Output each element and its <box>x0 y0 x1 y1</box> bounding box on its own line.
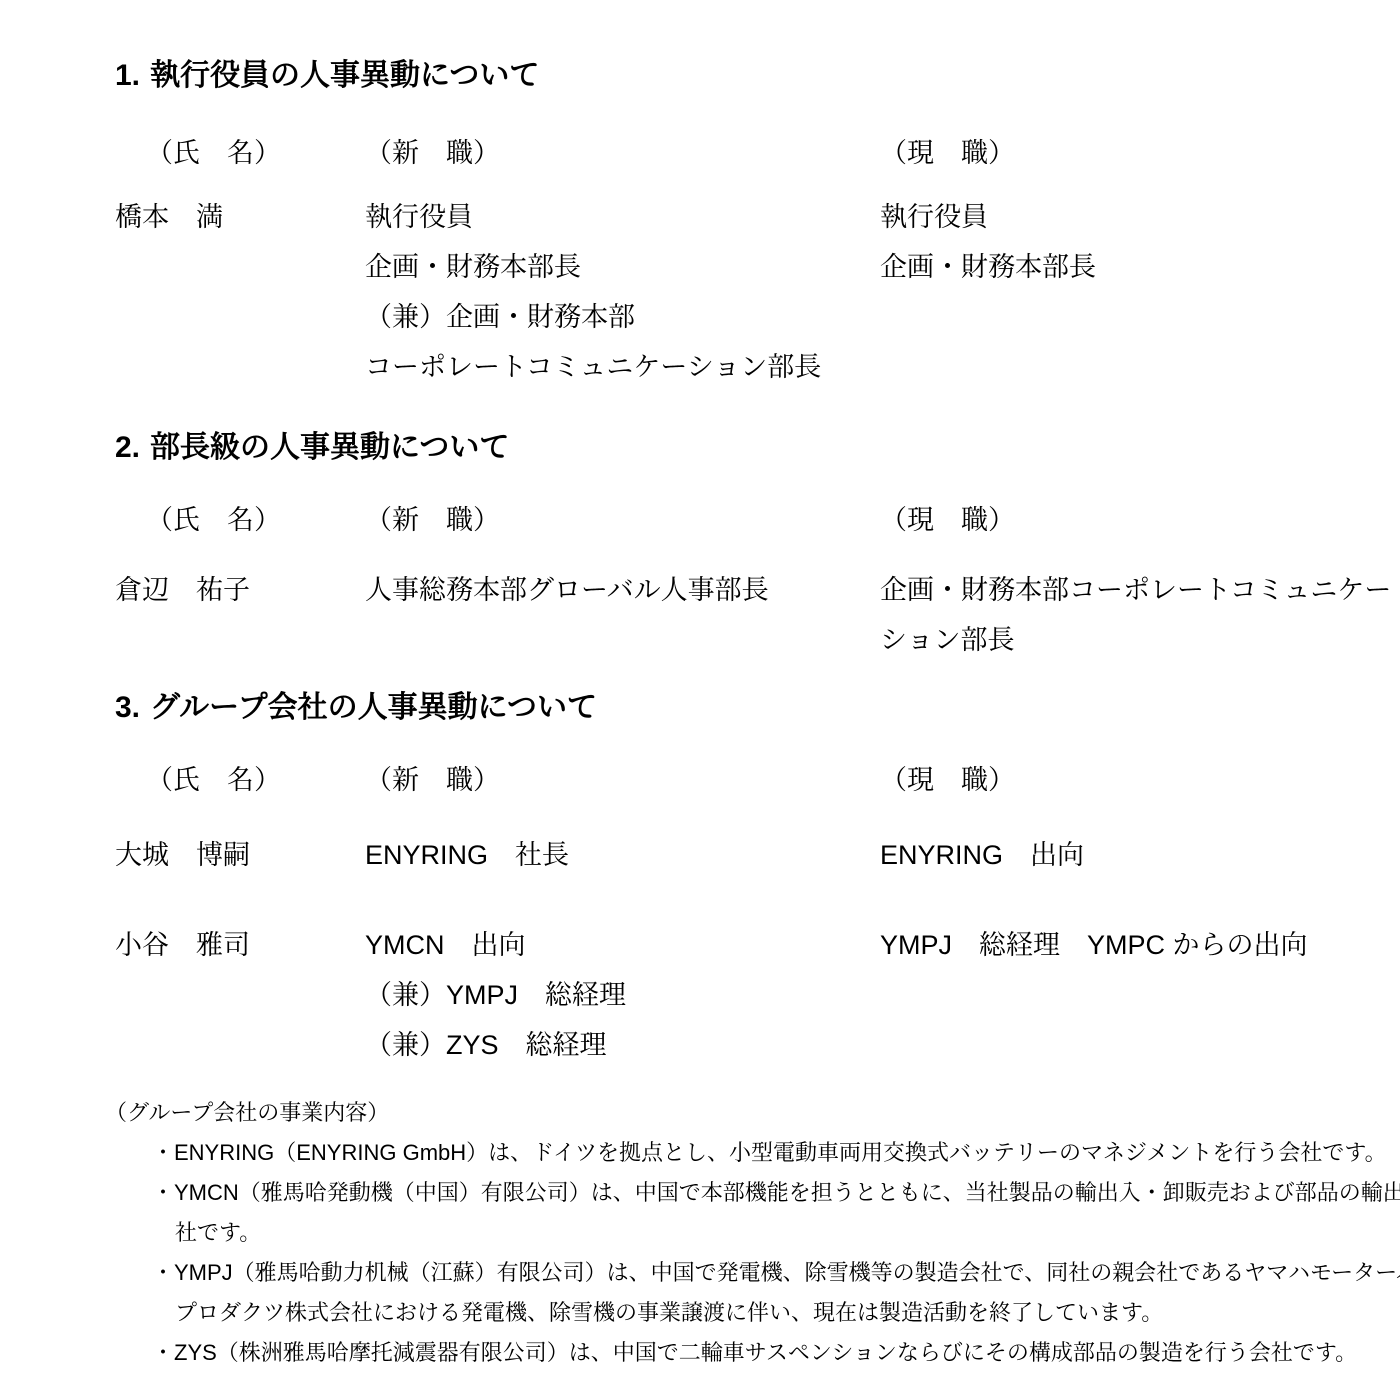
note-line: ・YMPJ（雅馬哈動力机械（江蘇）有限公司）は、中国で発電機、除雪機等の製造会社… <box>105 1253 1390 1293</box>
current-position-cell: 執行役員 企画・財務本部長 <box>880 192 1390 392</box>
section-2-column-headers: （氏 名） （新 職） （現 職） <box>115 495 1390 545</box>
section-3-heading: 3.グループ会社の人事異動について <box>115 688 1390 728</box>
note-item-zys: ・ZYS（株洲雅馬哈摩托減震器有限公司）は、中国で二輪車サスペンションならびにそ… <box>105 1333 1390 1373</box>
personnel-row: 倉辺 祐子 人事総務本部グローバル人事部長 企画・財務本部コーポレートコミュニケ… <box>115 565 1390 665</box>
current-position-line: 企画・財務本部コーポレートコミュニケー <box>880 565 1391 615</box>
current-position-cell: 企画・財務本部コーポレートコミュニケー ション部長 <box>880 565 1391 665</box>
new-position-line: ENYRING 社長 <box>365 830 880 880</box>
section-1-heading: 1.執行役員の人事異動について <box>115 56 1390 96</box>
document-page: 1.執行役員の人事異動について （氏 名） （新 職） （現 職） 橋本 満 執… <box>0 0 1400 1400</box>
new-position-line: 人事総務本部グローバル人事部長 <box>365 565 880 615</box>
section-2-title: 部長級の人事異動について <box>150 431 509 464</box>
section-3-column-headers: （氏 名） （新 職） （現 職） <box>115 755 1390 805</box>
new-position-line: （兼）企画・財務本部 <box>365 292 880 342</box>
person-name: 大城 博嗣 <box>115 830 365 880</box>
current-position-line: 執行役員 <box>880 192 1390 242</box>
notes-title: （グループ会社の事業内容） <box>105 1093 1390 1133</box>
new-position-cell: YMCN 出向 （兼）YMPJ 総経理 （兼）ZYS 総経理 <box>365 920 880 1070</box>
column-header-new-position: （新 職） <box>365 128 880 178</box>
current-position-line: 企画・財務本部長 <box>880 242 1390 292</box>
group-company-business-notes: （グループ会社の事業内容） ・ENYRING（ENYRING GmbH）は、ドイ… <box>105 1093 1390 1373</box>
column-header-new-position: （新 職） <box>365 495 880 545</box>
personnel-row: 小谷 雅司 YMCN 出向 （兼）YMPJ 総経理 （兼）ZYS 総経理 YMP… <box>115 920 1390 1070</box>
section-group-company-personnel-changes: 3.グループ会社の人事異動について （氏 名） （新 職） （現 職） 大城 博… <box>115 688 1390 1070</box>
section-2-heading: 2.部長級の人事異動について <box>115 428 1390 468</box>
section-1-title: 執行役員の人事異動について <box>150 59 539 92</box>
column-header-current-position: （現 職） <box>880 755 1390 805</box>
note-line: ・YMCN（雅馬哈発動機（中国）有限公司）は、中国で本部機能を担うとともに、当社… <box>105 1173 1390 1213</box>
note-line: ・ENYRING（ENYRING GmbH）は、ドイツを拠点とし、小型電動車両用… <box>105 1133 1390 1173</box>
new-position-line: 執行役員 <box>365 192 880 242</box>
personnel-row: 大城 博嗣 ENYRING 社長 ENYRING 出向 <box>115 830 1390 880</box>
person-name: 倉辺 祐子 <box>115 565 365 665</box>
column-header-name: （氏 名） <box>115 128 365 178</box>
section-executive-personnel-changes: 1.執行役員の人事異動について （氏 名） （新 職） （現 職） 橋本 満 執… <box>115 56 1390 392</box>
new-position-cell: 執行役員 企画・財務本部長 （兼）企画・財務本部 コーポレートコミュニケーション… <box>365 192 880 392</box>
section-2-number: 2. <box>115 431 140 464</box>
section-1-column-headers: （氏 名） （新 職） （現 職） <box>115 128 1390 178</box>
note-line: プロダクツ株式会社における発電機、除雪機の事業譲渡に伴い、現在は製造活動を終了し… <box>105 1293 1390 1333</box>
current-position-cell: ENYRING 出向 <box>880 830 1390 880</box>
person-name: 橋本 満 <box>115 192 365 392</box>
note-item-ympj: ・YMPJ（雅馬哈動力机械（江蘇）有限公司）は、中国で発電機、除雪機等の製造会社… <box>105 1253 1390 1333</box>
new-position-line: （兼）ZYS 総経理 <box>365 1020 880 1070</box>
new-position-line: （兼）YMPJ 総経理 <box>365 970 880 1020</box>
section-3-number: 3. <box>115 691 140 724</box>
column-header-new-position: （新 職） <box>365 755 880 805</box>
person-name: 小谷 雅司 <box>115 920 365 1070</box>
column-header-current-position: （現 職） <box>880 128 1390 178</box>
new-position-cell: ENYRING 社長 <box>365 830 880 880</box>
new-position-line: コーポレートコミュニケーション部長 <box>365 342 880 392</box>
note-item-enyring: ・ENYRING（ENYRING GmbH）は、ドイツを拠点とし、小型電動車両用… <box>105 1133 1390 1173</box>
new-position-line: 企画・財務本部長 <box>365 242 880 292</box>
current-position-line: YMPJ 総経理 YMPC からの出向 <box>880 920 1390 970</box>
note-item-ymcn: ・YMCN（雅馬哈発動機（中国）有限公司）は、中国で本部機能を担うとともに、当社… <box>105 1173 1390 1253</box>
personnel-row: 橋本 満 執行役員 企画・財務本部長 （兼）企画・財務本部 コーポレートコミュニ… <box>115 192 1390 392</box>
new-position-line: YMCN 出向 <box>365 920 880 970</box>
current-position-line: ション部長 <box>880 615 1391 665</box>
section-manager-personnel-changes: 2.部長級の人事異動について （氏 名） （新 職） （現 職） 倉辺 祐子 人… <box>115 428 1390 665</box>
current-position-cell: YMPJ 総経理 YMPC からの出向 <box>880 920 1390 1070</box>
section-3-title: グループ会社の人事異動について <box>150 691 597 724</box>
current-position-line: ENYRING 出向 <box>880 830 1390 880</box>
section-1-number: 1. <box>115 59 140 92</box>
document-content: 1.執行役員の人事異動について （氏 名） （新 職） （現 職） 橋本 満 執… <box>0 0 1400 1373</box>
note-line: ・ZYS（株洲雅馬哈摩托減震器有限公司）は、中国で二輪車サスペンションならびにそ… <box>105 1333 1390 1373</box>
column-header-current-position: （現 職） <box>880 495 1390 545</box>
new-position-cell: 人事総務本部グローバル人事部長 <box>365 565 880 665</box>
column-header-name: （氏 名） <box>115 755 365 805</box>
column-header-name: （氏 名） <box>115 495 365 545</box>
note-line: 社です。 <box>105 1213 1390 1253</box>
